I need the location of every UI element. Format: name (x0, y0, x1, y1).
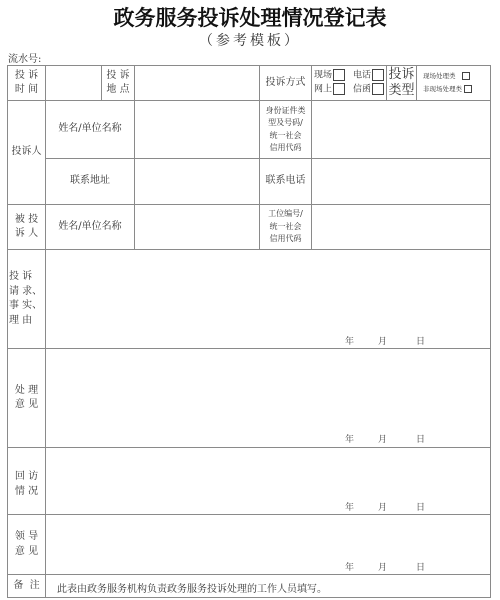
request-date-day: 日 (416, 334, 425, 347)
checkbox-icon[interactable] (333, 83, 345, 95)
method-option-letter[interactable]: 信函 (353, 83, 384, 97)
request-section-label: 投 诉 请 求、 事 实、 理 由 (8, 250, 45, 348)
complaint-method-options: 现场 电话 网上 信函 (312, 66, 386, 100)
complainant-name-field[interactable] (135, 101, 259, 158)
checkbox-icon[interactable] (372, 83, 384, 95)
method-option-phone[interactable]: 电话 (353, 69, 384, 83)
complainant-address-label: 联系地址 (46, 159, 134, 204)
complaint-location-field[interactable] (135, 66, 259, 100)
checkbox-icon[interactable] (462, 72, 470, 80)
followup-date-day: 日 (416, 500, 425, 513)
respondent-code-label: 工位编号/ 统一社会 信用代码 (260, 205, 311, 249)
table-border-right (490, 65, 491, 598)
complaint-type-label: 投诉 类型 (387, 66, 416, 100)
complainant-section-label: 投诉人 (8, 101, 45, 204)
complaint-type-label-bottom: 类型 (388, 83, 414, 99)
followup-date-year: 年 (345, 500, 354, 513)
row-divider (7, 574, 491, 575)
type-option-onsite[interactable]: 现场处理类 (423, 70, 470, 83)
complaint-time-label: 投 诉 时 间 (8, 66, 45, 100)
complaint-time-field[interactable] (46, 66, 101, 100)
complaint-type-label-top: 投诉 (388, 67, 414, 83)
serial-number-label: 流水号: (8, 50, 41, 65)
complaint-location-label: 投 诉 地 点 (102, 66, 134, 100)
complaint-time-label-bottom: 时 间 (15, 83, 38, 98)
respondent-code-field[interactable] (312, 205, 490, 249)
complaint-method-label: 投诉方式 (260, 66, 311, 100)
method-option-onsite[interactable]: 现场 (314, 69, 345, 83)
request-date-year: 年 (345, 334, 354, 347)
leader-section-label: 领 导 意 见 (8, 515, 45, 574)
leader-date-month: 月 (378, 560, 387, 573)
form-subtitle: （参考模板） (0, 30, 500, 50)
complainant-phone-label: 联系电话 (260, 159, 311, 204)
method-option-online[interactable]: 网上 (314, 83, 345, 97)
complaint-type-options: 现场处理类 非现场处理类 (417, 66, 490, 100)
handling-date-day: 日 (416, 432, 425, 445)
checkbox-icon[interactable] (333, 69, 345, 81)
complainant-address-field[interactable] (135, 159, 259, 204)
table-border-bottom (7, 597, 491, 598)
followup-date-month: 月 (378, 500, 387, 513)
followup-section-label: 回 访 情 况 (8, 448, 45, 514)
form-title: 政务服务投诉处理情况登记表 (0, 2, 500, 32)
respondent-name-field[interactable] (135, 205, 259, 249)
handling-date-month: 月 (378, 432, 387, 445)
complainant-phone-field[interactable] (312, 159, 490, 204)
handling-section-label: 处 理 意 见 (8, 349, 45, 447)
respondent-section-label: 被 投 诉 人 (8, 205, 45, 249)
complaint-time-label-top: 投 诉 (15, 69, 38, 84)
type-option-offsite[interactable]: 非现场处理类 (423, 83, 472, 96)
leader-date-day: 日 (416, 560, 425, 573)
complaint-location-label-top: 投 诉 (106, 69, 129, 84)
request-date-month: 月 (378, 334, 387, 347)
complainant-name-label: 姓名/单位名称 (46, 101, 134, 158)
remarks-label: 备 注 (8, 575, 45, 597)
checkbox-icon[interactable] (372, 69, 384, 81)
checkbox-icon[interactable] (464, 85, 472, 93)
remarks-text: 此表由政务服务机构负责政务服务投诉处理的工作人员填写。 (57, 580, 327, 595)
leader-date-year: 年 (345, 560, 354, 573)
complainant-id-field[interactable] (312, 101, 490, 158)
complainant-id-label: 身份证件类 型及号码/ 统一社会 信用代码 (260, 101, 311, 158)
complaint-location-label-bottom: 地 点 (106, 83, 129, 98)
handling-date-year: 年 (345, 432, 354, 445)
respondent-name-label: 姓名/单位名称 (46, 205, 134, 249)
